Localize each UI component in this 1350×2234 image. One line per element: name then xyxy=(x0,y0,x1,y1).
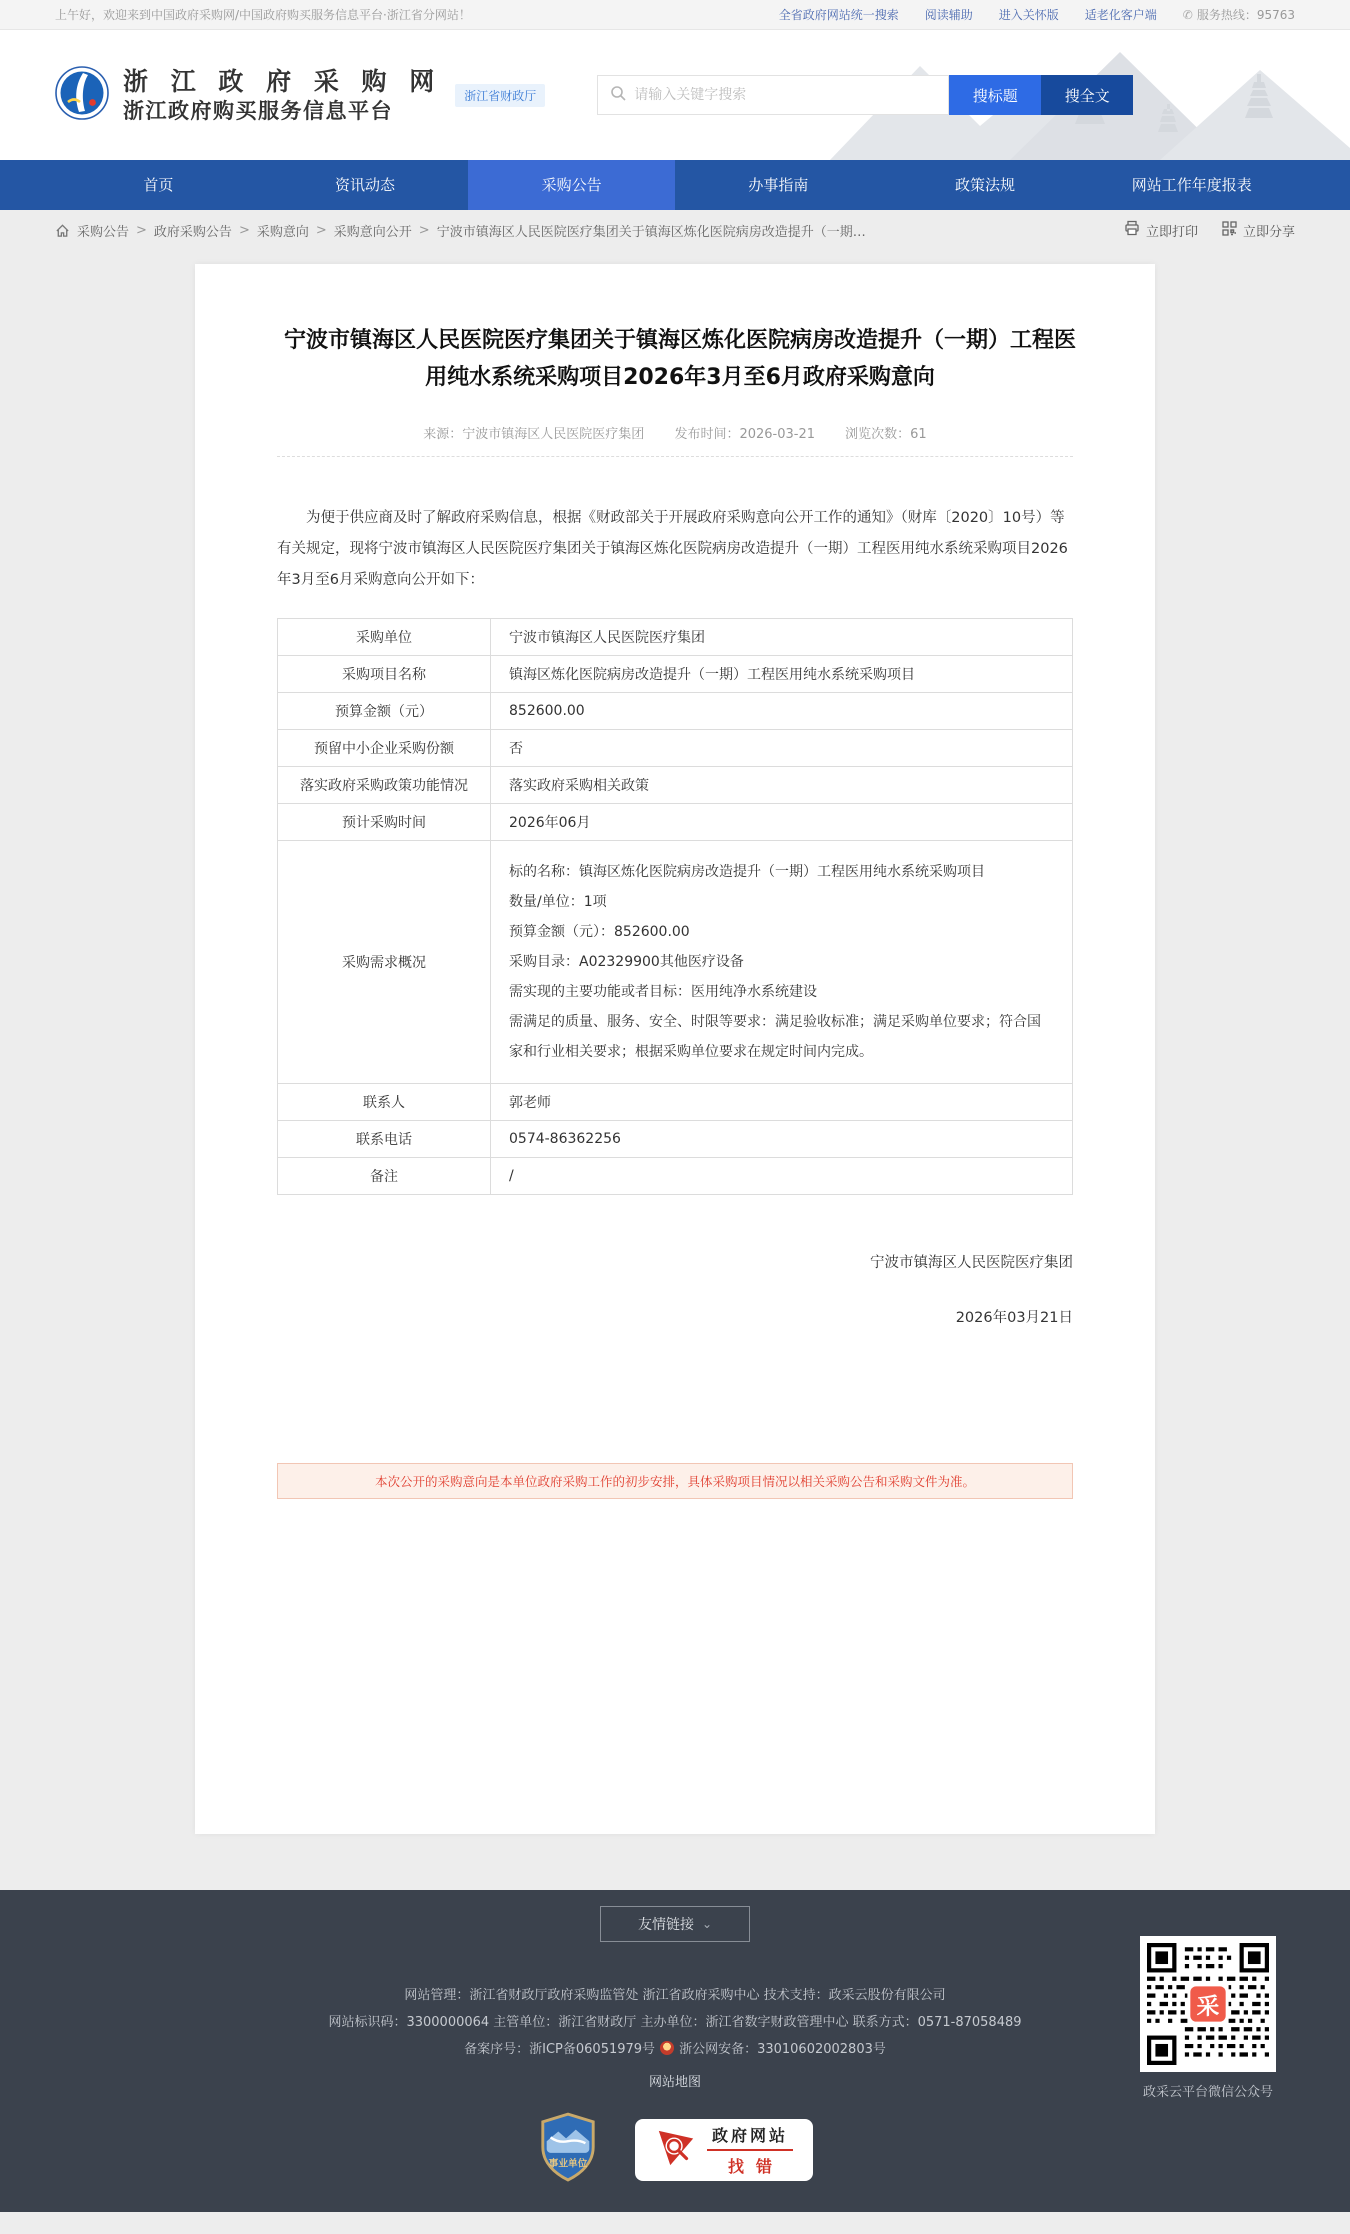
service-hotline: ✆服务热线：95763 xyxy=(1183,6,1295,23)
topbar-greeting: 上午好，欢迎来到中国政府采购网/中国政府购买服务信息平台·浙江省分网站！ xyxy=(55,6,471,23)
topbar-link-unified-search[interactable]: 全省政府网站统一搜索 xyxy=(779,6,899,23)
site-subtitle: 浙江政府购买服务信息平台 xyxy=(123,98,441,124)
breadcrumb-item-intention[interactable]: 采购意向 xyxy=(257,221,309,240)
topbar: 上午好，欢迎来到中国政府采购网/中国政府购买服务信息平台·浙江省分网站！ 全省政… xyxy=(0,0,1350,30)
print-icon xyxy=(1124,220,1140,240)
nav-item-home[interactable]: 首页 xyxy=(55,160,262,210)
police-emblem-icon xyxy=(660,2041,674,2055)
sitemap-link[interactable]: 网站地图 xyxy=(649,2069,701,2096)
disclaimer-notice: 本次公开的采购意向是本单位政府采购工作的初步安排，具体采购项目情况以相关采购公告… xyxy=(277,1463,1073,1499)
table-row: 备注 / xyxy=(278,1158,1073,1195)
breadcrumb-item-announcements[interactable]: 采购公告 xyxy=(77,221,129,240)
site-footer: 友情链接 ⌄ 网站管理：浙江省财政厅政府采购监管处 浙江省政府采购中心 技术支持… xyxy=(0,1890,1350,2212)
signature-date: 2026年03月21日 xyxy=(277,1306,1073,1327)
friend-links-dropdown[interactable]: 友情链接 ⌄ xyxy=(600,1906,750,1942)
main-nav: 首页 资讯动态 采购公告 办事指南 政策法规 网站工作年度报表 xyxy=(0,160,1350,210)
nav-item-procurement-announcements[interactable]: 采购公告 xyxy=(468,160,675,210)
article-intro: 为便于供应商及时了解政府采购信息，根据《财政部关于开展政府采购意向公开工作的通知… xyxy=(277,503,1073,597)
table-row: 联系电话 0574-86362256 xyxy=(278,1121,1073,1158)
search-area: 搜标题 搜全文 xyxy=(597,75,1133,115)
breadcrumb-current-page: 宁波市镇海区人民医院医疗集团关于镇海区炼化医院病房改造提升（一期）工程医用纯水系… xyxy=(437,221,877,240)
breadcrumb-item-intention-public[interactable]: 采购意向公开 xyxy=(334,221,412,240)
finance-dept-badge: 浙江省财政厅 xyxy=(455,84,545,107)
gov-site-error-report-badge[interactable]: 政府网站 找错 xyxy=(635,2119,813,2181)
breadcrumb-item-gov-announcements[interactable]: 政府采购公告 xyxy=(154,221,232,240)
article-view-count: 浏览次数：61 xyxy=(845,427,927,442)
article-title: 宁波市镇海区人民医院医疗集团关于镇海区炼化医院病房改造提升（一期）工程医用纯水系… xyxy=(277,322,1083,397)
search-input[interactable] xyxy=(634,87,936,103)
procurement-table: 采购单位 宁波市镇海区人民医院医疗集团 采购项目名称 镇海区炼化医院病房改造提升… xyxy=(277,618,1073,1195)
table-row: 预算金额（元） 852600.00 xyxy=(278,693,1073,730)
topbar-link-care-version[interactable]: 进入关怀版 xyxy=(999,6,1059,23)
topbar-link-reading-aid[interactable]: 阅读辅助 xyxy=(925,6,973,23)
article-meta: 来源：宁波市镇海区人民医院医疗集团 发布时间：2026-03-21 浏览次数：6… xyxy=(277,423,1073,442)
svg-text:采: 采 xyxy=(1197,1994,1220,2020)
site-logo-icon xyxy=(55,66,109,124)
home-icon[interactable] xyxy=(55,223,70,238)
nav-item-service-guide[interactable]: 办事指南 xyxy=(675,160,882,210)
meta-divider xyxy=(277,456,1073,457)
table-row: 预计采购时间 2026年06月 xyxy=(278,804,1073,841)
topbar-link-elderly-client[interactable]: 适老化客户端 xyxy=(1085,6,1157,23)
svg-text:事业单位: 事业单位 xyxy=(549,2157,588,2170)
qr-share-icon xyxy=(1222,221,1237,240)
nav-item-annual-report[interactable]: 网站工作年度报表 xyxy=(1088,160,1295,210)
public-institution-shield-badge[interactable]: 事业单位 xyxy=(537,2112,599,2188)
error-magnifier-icon xyxy=(655,2127,697,2173)
print-button[interactable]: 立即打印 xyxy=(1124,220,1198,240)
article-card: 宁波市镇海区人民医院医疗集团关于镇海区炼化医院病房改造提升（一期）工程医用纯水系… xyxy=(195,264,1155,1834)
site-header: 浙 江 政 府 采 购 网 浙江政府购买服务信息平台 浙江省财政厅 搜标题 搜全… xyxy=(0,30,1350,160)
signature-org: 宁波市镇海区人民医院医疗集团 xyxy=(277,1251,1073,1272)
table-row-demand-overview: 采购需求概况 标的名称：镇海区炼化医院病房改造提升（一期）工程医用纯水系统采购项… xyxy=(278,841,1073,1084)
wechat-qr-code: 采 xyxy=(1140,1936,1276,2072)
share-button[interactable]: 立即分享 xyxy=(1222,221,1295,240)
site-name: 浙 江 政 府 采 购 网 xyxy=(123,66,441,97)
chevron-down-icon: ⌄ xyxy=(702,1917,712,1931)
table-row: 联系人 郭老师 xyxy=(278,1084,1073,1121)
search-icon xyxy=(610,85,626,105)
table-row: 采购项目名称 镇海区炼化医院病房改造提升（一期）工程医用纯水系统采购项目 xyxy=(278,656,1073,693)
article-source: 来源：宁波市镇海区人民医院医疗集团 xyxy=(423,427,644,442)
table-row: 落实政府采购政策功能情况 落实政府采购相关政策 xyxy=(278,767,1073,804)
nav-item-policies[interactable]: 政策法规 xyxy=(882,160,1089,210)
search-fulltext-button[interactable]: 搜全文 xyxy=(1041,75,1133,115)
qr-caption: 政采云平台微信公众号 xyxy=(1140,2081,1276,2100)
nav-item-news[interactable]: 资讯动态 xyxy=(262,160,469,210)
breadcrumb: 采购公告 > 政府采购公告 > 采购意向 > 采购意向公开 > 宁波市镇海区人民… xyxy=(0,210,1350,250)
phone-icon: ✆ xyxy=(1183,8,1193,22)
table-row: 采购单位 宁波市镇海区人民医院医疗集团 xyxy=(278,619,1073,656)
table-row: 预留中小企业采购份额 否 xyxy=(278,730,1073,767)
article-publish-time: 发布时间：2026-03-21 xyxy=(674,427,815,442)
search-title-button[interactable]: 搜标题 xyxy=(949,75,1041,115)
